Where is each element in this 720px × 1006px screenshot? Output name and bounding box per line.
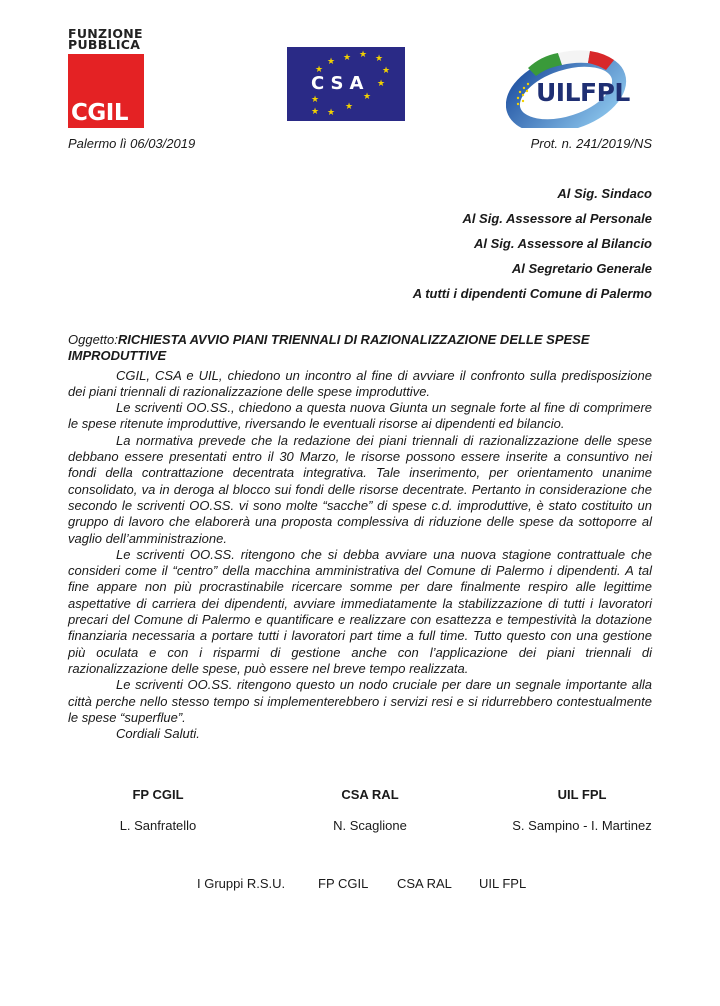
cgil-logo-line2: PUBBLICA (68, 39, 144, 50)
rsu-org: FP CGIL (318, 876, 368, 891)
signature-name: S. Sampino - I. Martinez (492, 818, 672, 833)
signature-block-csa: CSA RAL N. Scaglione (280, 787, 460, 833)
rsu-org: CSA RAL (397, 876, 452, 891)
rsu-org: UIL FPL (479, 876, 526, 891)
rsu-label: I Gruppi R.S.U. (197, 876, 285, 891)
star-icon: ★ (311, 95, 319, 104)
uilfpl-logo: UILFPL (506, 48, 656, 128)
star-icon: ★ (311, 107, 319, 116)
recipient: A tutti i dipendenti Comune di Palermo (413, 286, 652, 301)
paragraph: Le scriventi OO.SS. ritengono che si deb… (68, 547, 652, 677)
cgil-logo-mark: CGIL (71, 100, 128, 126)
star-icon: ★ (382, 66, 390, 75)
paragraph: Le scriventi OO.SS. ritengono questo un … (68, 677, 652, 726)
csa-logo: ★ ★ ★ ★ ★ ★ ★ ★ ★ ★ ★ ★ CSA (287, 47, 405, 121)
cgil-logo: FUNZIONE PUBBLICA CGIL (68, 28, 144, 128)
star-icon: ★ (375, 54, 383, 63)
star-icon: ★ (343, 53, 351, 62)
subject-line: Oggetto:RICHIESTA AVVIO PIANI TRIENNALI … (68, 332, 652, 365)
recipient: Al Sig. Sindaco (557, 186, 652, 201)
star-icon: ★ (327, 57, 335, 66)
cgil-red-square: CGIL (68, 54, 144, 128)
star-icon: ★ (377, 79, 385, 88)
protocol-number: Prot. n. 241/2019/NS (531, 136, 652, 151)
signature-name: N. Scaglione (280, 818, 460, 833)
signature-block-cgil: FP CGIL L. Sanfratello (68, 787, 248, 833)
paragraph: Le scriventi OO.SS., chiedono a questa n… (68, 400, 652, 433)
csa-logo-mark: CSA (311, 73, 369, 94)
letter-body: Oggetto:RICHIESTA AVVIO PIANI TRIENNALI … (68, 332, 652, 742)
star-icon: ★ (359, 50, 367, 59)
subject-text: RICHIESTA AVVIO PIANI TRIENNALI DI RAZIO… (68, 332, 590, 363)
closing: Cordiali Saluti. (68, 726, 652, 742)
signature-org: FP CGIL (132, 787, 183, 802)
signature-org: UIL FPL (558, 787, 607, 802)
signature-org: CSA RAL (341, 787, 398, 802)
uil-logo-mark: UILFPL (536, 78, 630, 107)
paragraph: CGIL, CSA e UIL, chiedono un incontro al… (68, 368, 652, 401)
place-date: Palermo lì 06/03/2019 (68, 136, 195, 151)
signature-block-uil: UIL FPL S. Sampino - I. Martinez (492, 787, 672, 833)
subject-label: Oggetto: (68, 332, 118, 347)
recipient: Al Segretario Generale (512, 261, 652, 276)
signature-name: L. Sanfratello (68, 818, 248, 833)
paragraph: La normativa prevede che la redazione de… (68, 433, 652, 547)
star-icon: ★ (327, 108, 335, 117)
recipient: Al Sig. Assessore al Personale (462, 211, 652, 226)
recipient: Al Sig. Assessore al Bilancio (474, 236, 652, 251)
star-icon: ★ (345, 102, 353, 111)
